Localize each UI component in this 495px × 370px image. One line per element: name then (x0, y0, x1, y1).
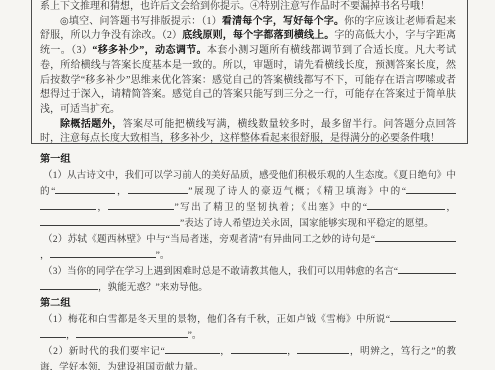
question-item-2-1: （1）梅花和白雪都是冬天里的景物，他们各有千秋，正如卢钺《雪梅》中所说“，”。 (40, 312, 456, 344)
notice-line-filling-rule: 除概括题外，答案尽可能把横线写满，横线数量较多时，最多留半行。问答题分点回答时，… (40, 118, 456, 147)
text-run: 系上下文推理和猜想，也许后文会给到你提示。④特别注意写作品时不要漏掉书名号哦！ (40, 1, 430, 12)
questions-area: 第一组 （1）从古诗文中，我们可以学习前人的美好品质，感受他们积极乐观的人生态度… (40, 152, 456, 370)
answer-blank (128, 184, 188, 194)
answer-blank (108, 200, 174, 210)
section-title-group-2: 第二组 (40, 296, 456, 312)
emphasis-text: 看清每个字，写好每个字。 (222, 16, 344, 27)
answer-blank (50, 248, 156, 258)
answer-blank (40, 280, 98, 290)
answer-blank (165, 344, 220, 354)
answer-blank (55, 184, 115, 194)
answer-blank (297, 344, 349, 354)
text-run: ”表达了诗人希望边关永固，国家能够实现和平稳定的愿望。 (180, 218, 434, 229)
question-item-1-2: （2）苏轼《题西林壁》中与“当局者迷，旁观者清”有异曲同工之妙的诗句是“，”。 (40, 232, 456, 264)
emphasis-text: “移多补少”，动态调节。 (92, 45, 207, 56)
text-run: ”展现了诗人的豪迈气概；《精卫填海》中的“ (188, 186, 406, 197)
text-run: （3）当你的同学在学习上遇到困难时总是不敢请教其他人，我们可以用韩愈的名言“ (43, 266, 398, 277)
answer-blank (367, 200, 445, 210)
text-run: ， (115, 186, 128, 197)
text-run: ， (96, 202, 108, 213)
notice-intro-line: 系上下文推理和猜想，也许后文会给到你提示。④特别注意写作品时不要漏掉书名号哦！ (40, 0, 456, 15)
question-item-1-3: （3）当你的同学在学习上遇到困难时总是不敢请教其他人，我们可以用韩愈的名言“，孰… (40, 264, 456, 296)
text-run: ， (287, 346, 298, 357)
text-run: ”。 (188, 330, 202, 341)
answer-blank (76, 328, 188, 338)
text-run: ， (445, 202, 456, 213)
answer-blank (375, 232, 430, 242)
answer-blank (40, 328, 66, 338)
notice-box: 系上下文推理和猜想，也许后文会给到你提示。④特别注意写作品时不要漏掉书名号哦！ … (31, 0, 468, 144)
answer-blank (430, 232, 456, 242)
text-run: ”。 (156, 250, 170, 261)
notice-typesetting-tips: ◎填空、问答题书写排版提示：（1）看清每个字，写好每个字。你的字应该让老师看起来… (40, 15, 456, 118)
section-title-group-1: 第一组 (40, 152, 456, 168)
text-run: （1）梅花和白雪都是冬天里的景物，他们各有千秋，正如卢钺《雪梅》中所说“ (43, 314, 390, 325)
answer-blank (40, 216, 85, 226)
emphasis-text: 底线原则，每个字都落到横线上。 (182, 30, 334, 41)
text-run: （2）苏轼《题西林壁》中与“当局者迷，旁观者清”有异曲同工之妙的诗句是“ (43, 234, 375, 245)
question-item-2-2: （2）新时代的我们要牢记“，，，明辨之，笃行之”的教诲，学好本领，为建设祖国贡献… (40, 344, 456, 370)
text-run: ， (66, 330, 76, 341)
text-run: ， (220, 346, 231, 357)
question-item-1-1: （1）从古诗文中，我们可以学习前人的美好品质，感受他们积极乐观的人生态度。《夏日… (40, 168, 456, 232)
text-run: ”写出了精卫的坚韧执着；《出塞》中的“ (174, 202, 367, 213)
text-run: （2）新时代的我们要牢记“ (43, 346, 165, 357)
answer-blank (85, 216, 180, 226)
answer-blank (40, 200, 96, 210)
answer-blank (390, 312, 456, 322)
answer-blank (406, 184, 456, 194)
emphasis-text: 除概括题外， (60, 119, 123, 130)
text-run: ◎填空、问答题书写排版提示：（1） (60, 16, 222, 27)
answer-blank (398, 264, 456, 274)
text-run: ， (40, 250, 50, 261)
answer-blank (231, 344, 287, 354)
text-run: ，孰能无惑？”来劝导他。 (98, 282, 208, 293)
